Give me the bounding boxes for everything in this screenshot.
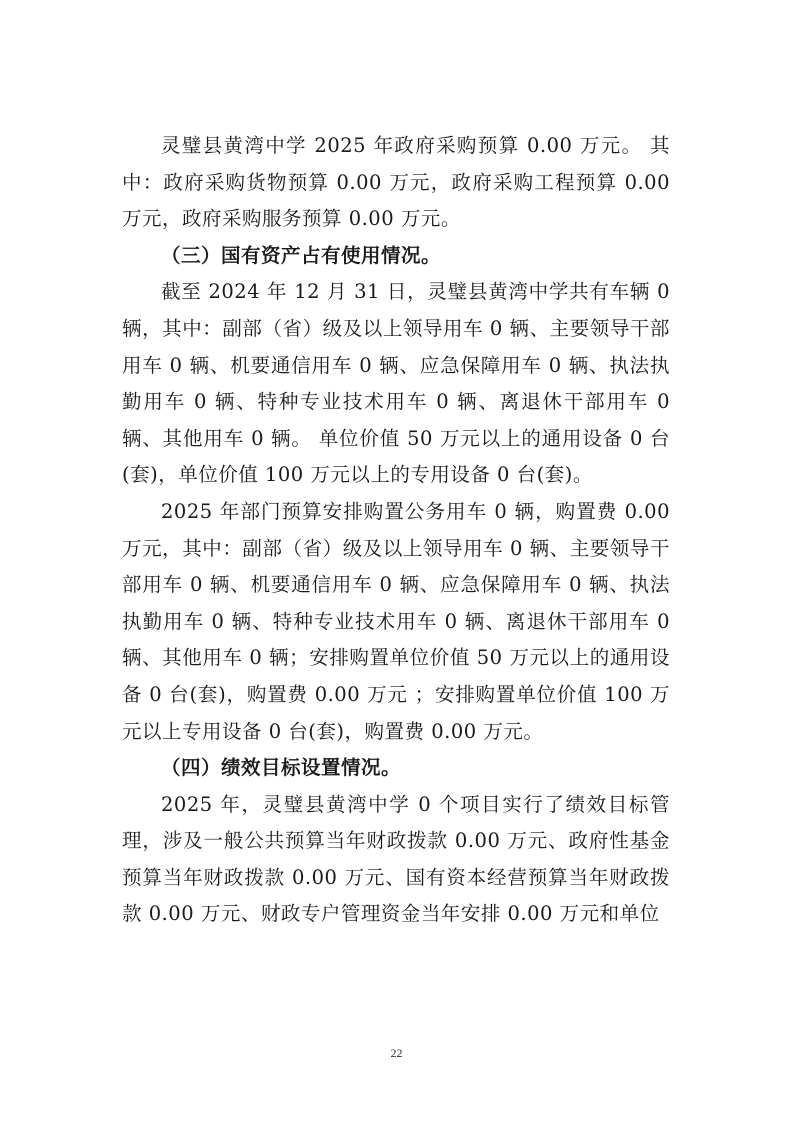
section-heading-performance-goals: （四）绩效目标设置情况。 <box>122 750 670 787</box>
section-heading-state-assets: （三）国有资产占有使用情况。 <box>122 238 670 275</box>
paragraph-vehicles-equipment: 截至 2024 年 12 月 31 日，灵璧县黄湾中学共有车辆 0 辆，其中：副… <box>122 274 670 494</box>
paragraph-procurement-budget: 灵璧县黄湾中学 2025 年政府采购预算 0.00 万元。 其中：政府采购货物预… <box>122 128 670 238</box>
document-page: 灵璧县黄湾中学 2025 年政府采购预算 0.00 万元。 其中：政府采购货物预… <box>122 128 670 933</box>
page-number: 22 <box>0 1046 793 1061</box>
paragraph-performance-management: 2025 年，灵璧县黄湾中学 0 个项目实行了绩效目标管理，涉及一般公共预算当年… <box>122 787 670 933</box>
paragraph-vehicle-purchase-plan: 2025 年部门预算安排购置公务用车 0 辆，购置费 0.00 万元，其中：副部… <box>122 494 670 750</box>
